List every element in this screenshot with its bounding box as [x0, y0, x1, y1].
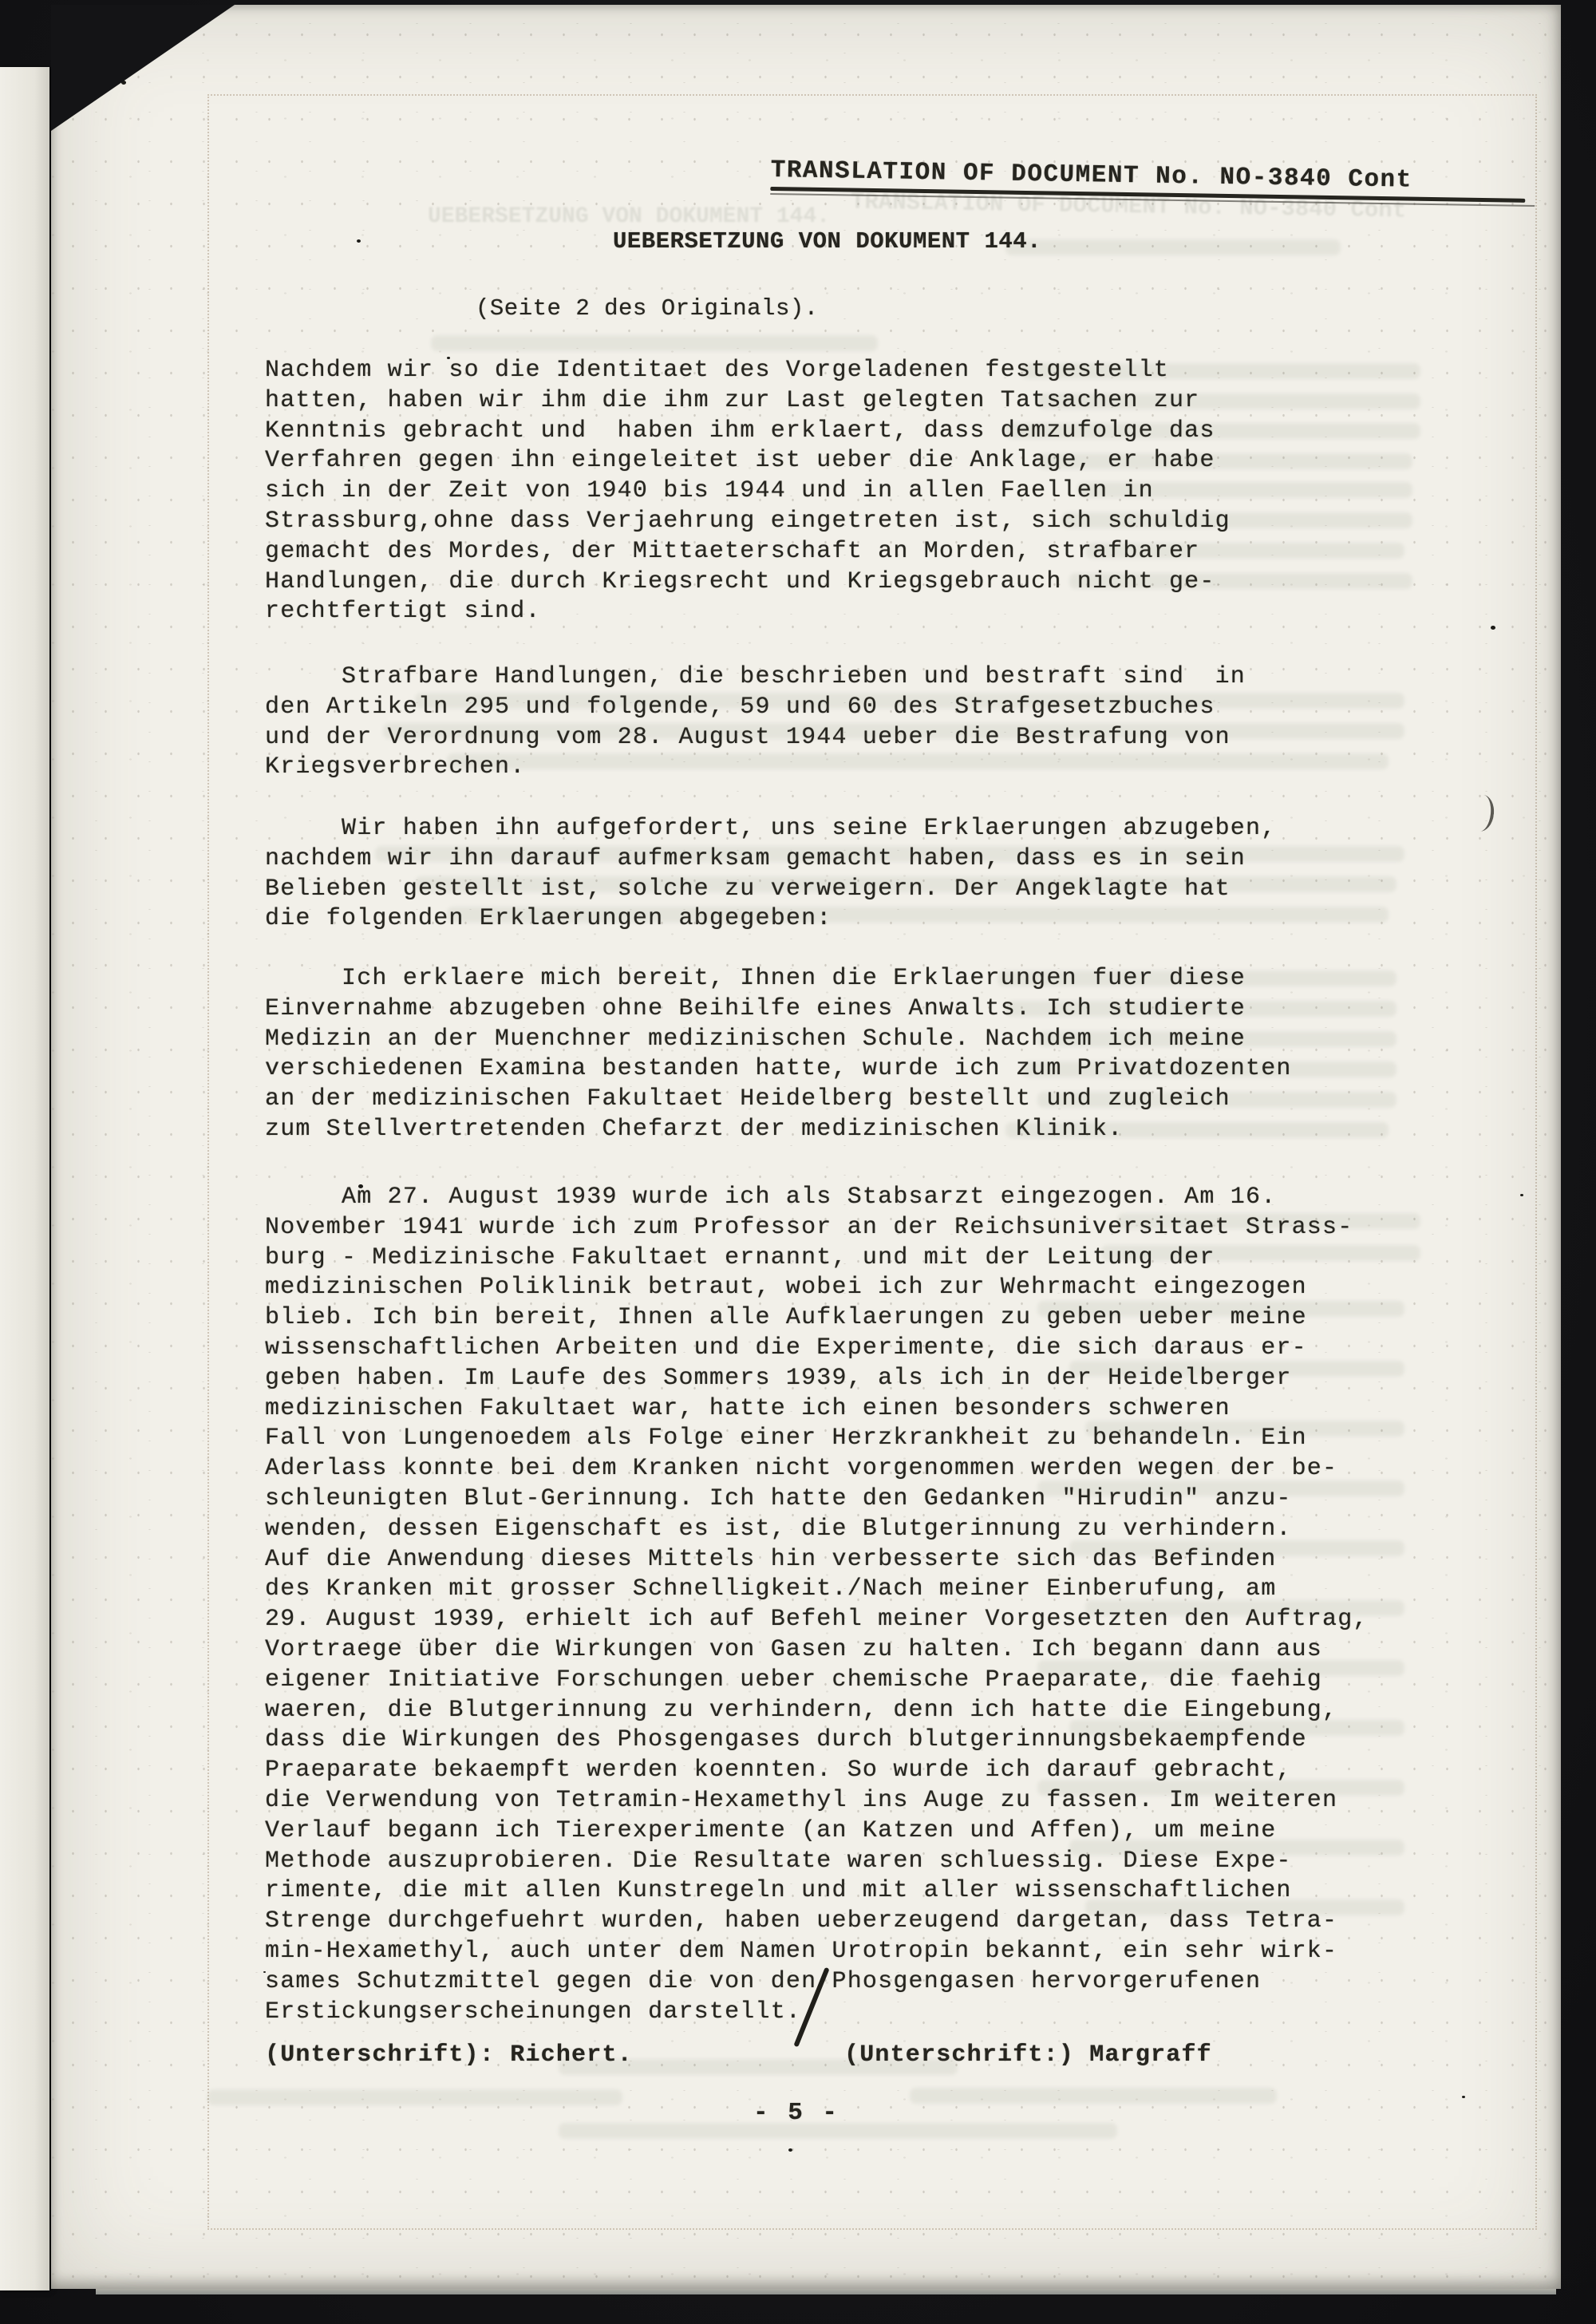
ink-speck	[788, 2148, 792, 2152]
bleedthrough-smudge	[1005, 239, 1341, 255]
document-subtitle: (Seite 2 des Originals).	[476, 295, 819, 322]
signature-left: (Unterschrift): Richert.	[265, 2041, 633, 2069]
paragraph-caution: Wir haben ihn aufgefordert, uns seine Er…	[265, 814, 1478, 935]
ink-speck	[357, 239, 361, 243]
ink-speck	[1491, 626, 1495, 630]
underlying-sheet-edge	[0, 67, 49, 2290]
signature-right: (Unterschrift:) Margraff	[844, 2041, 1212, 2069]
stray-paren-mark	[1472, 794, 1496, 832]
page-number: - 5 -	[753, 2099, 839, 2127]
paragraph-charges: Strafbare Handlungen, die beschrieben un…	[265, 662, 1478, 783]
document-page: TRANSLATION OF DOCUMENT No. NO-3840 Cont…	[51, 5, 1561, 2289]
document-title: UEBERSETZUNG VON DOKUMENT 144.	[613, 228, 1041, 255]
bleedthrough-title-ghost: UEBERSETZUNG VON DOKUMENT 144.	[428, 204, 830, 229]
ink-speck	[1462, 2096, 1465, 2098]
paragraph-statement-research: Am 27. August 1939 wurde ich als Stabsar…	[265, 1183, 1478, 2027]
scanned-document-photo: TRANSLATION OF DOCUMENT No. NO-3840 Cont…	[0, 0, 1596, 2324]
ink-speck	[1520, 1194, 1523, 1196]
bleedthrough-smudge	[910, 2088, 1277, 2104]
paragraph-identity: Nachdem wir so die Identitaet des Vorgel…	[265, 356, 1478, 627]
bleedthrough-smudge	[207, 2089, 622, 2105]
paragraph-statement-education: Ich erklaere mich bereit, Ihnen die Erkl…	[265, 964, 1478, 1145]
document-header-block: TRANSLATION OF DOCUMENT No. NO-3840 Cont	[770, 156, 1535, 207]
bleedthrough-smudge	[431, 335, 878, 351]
